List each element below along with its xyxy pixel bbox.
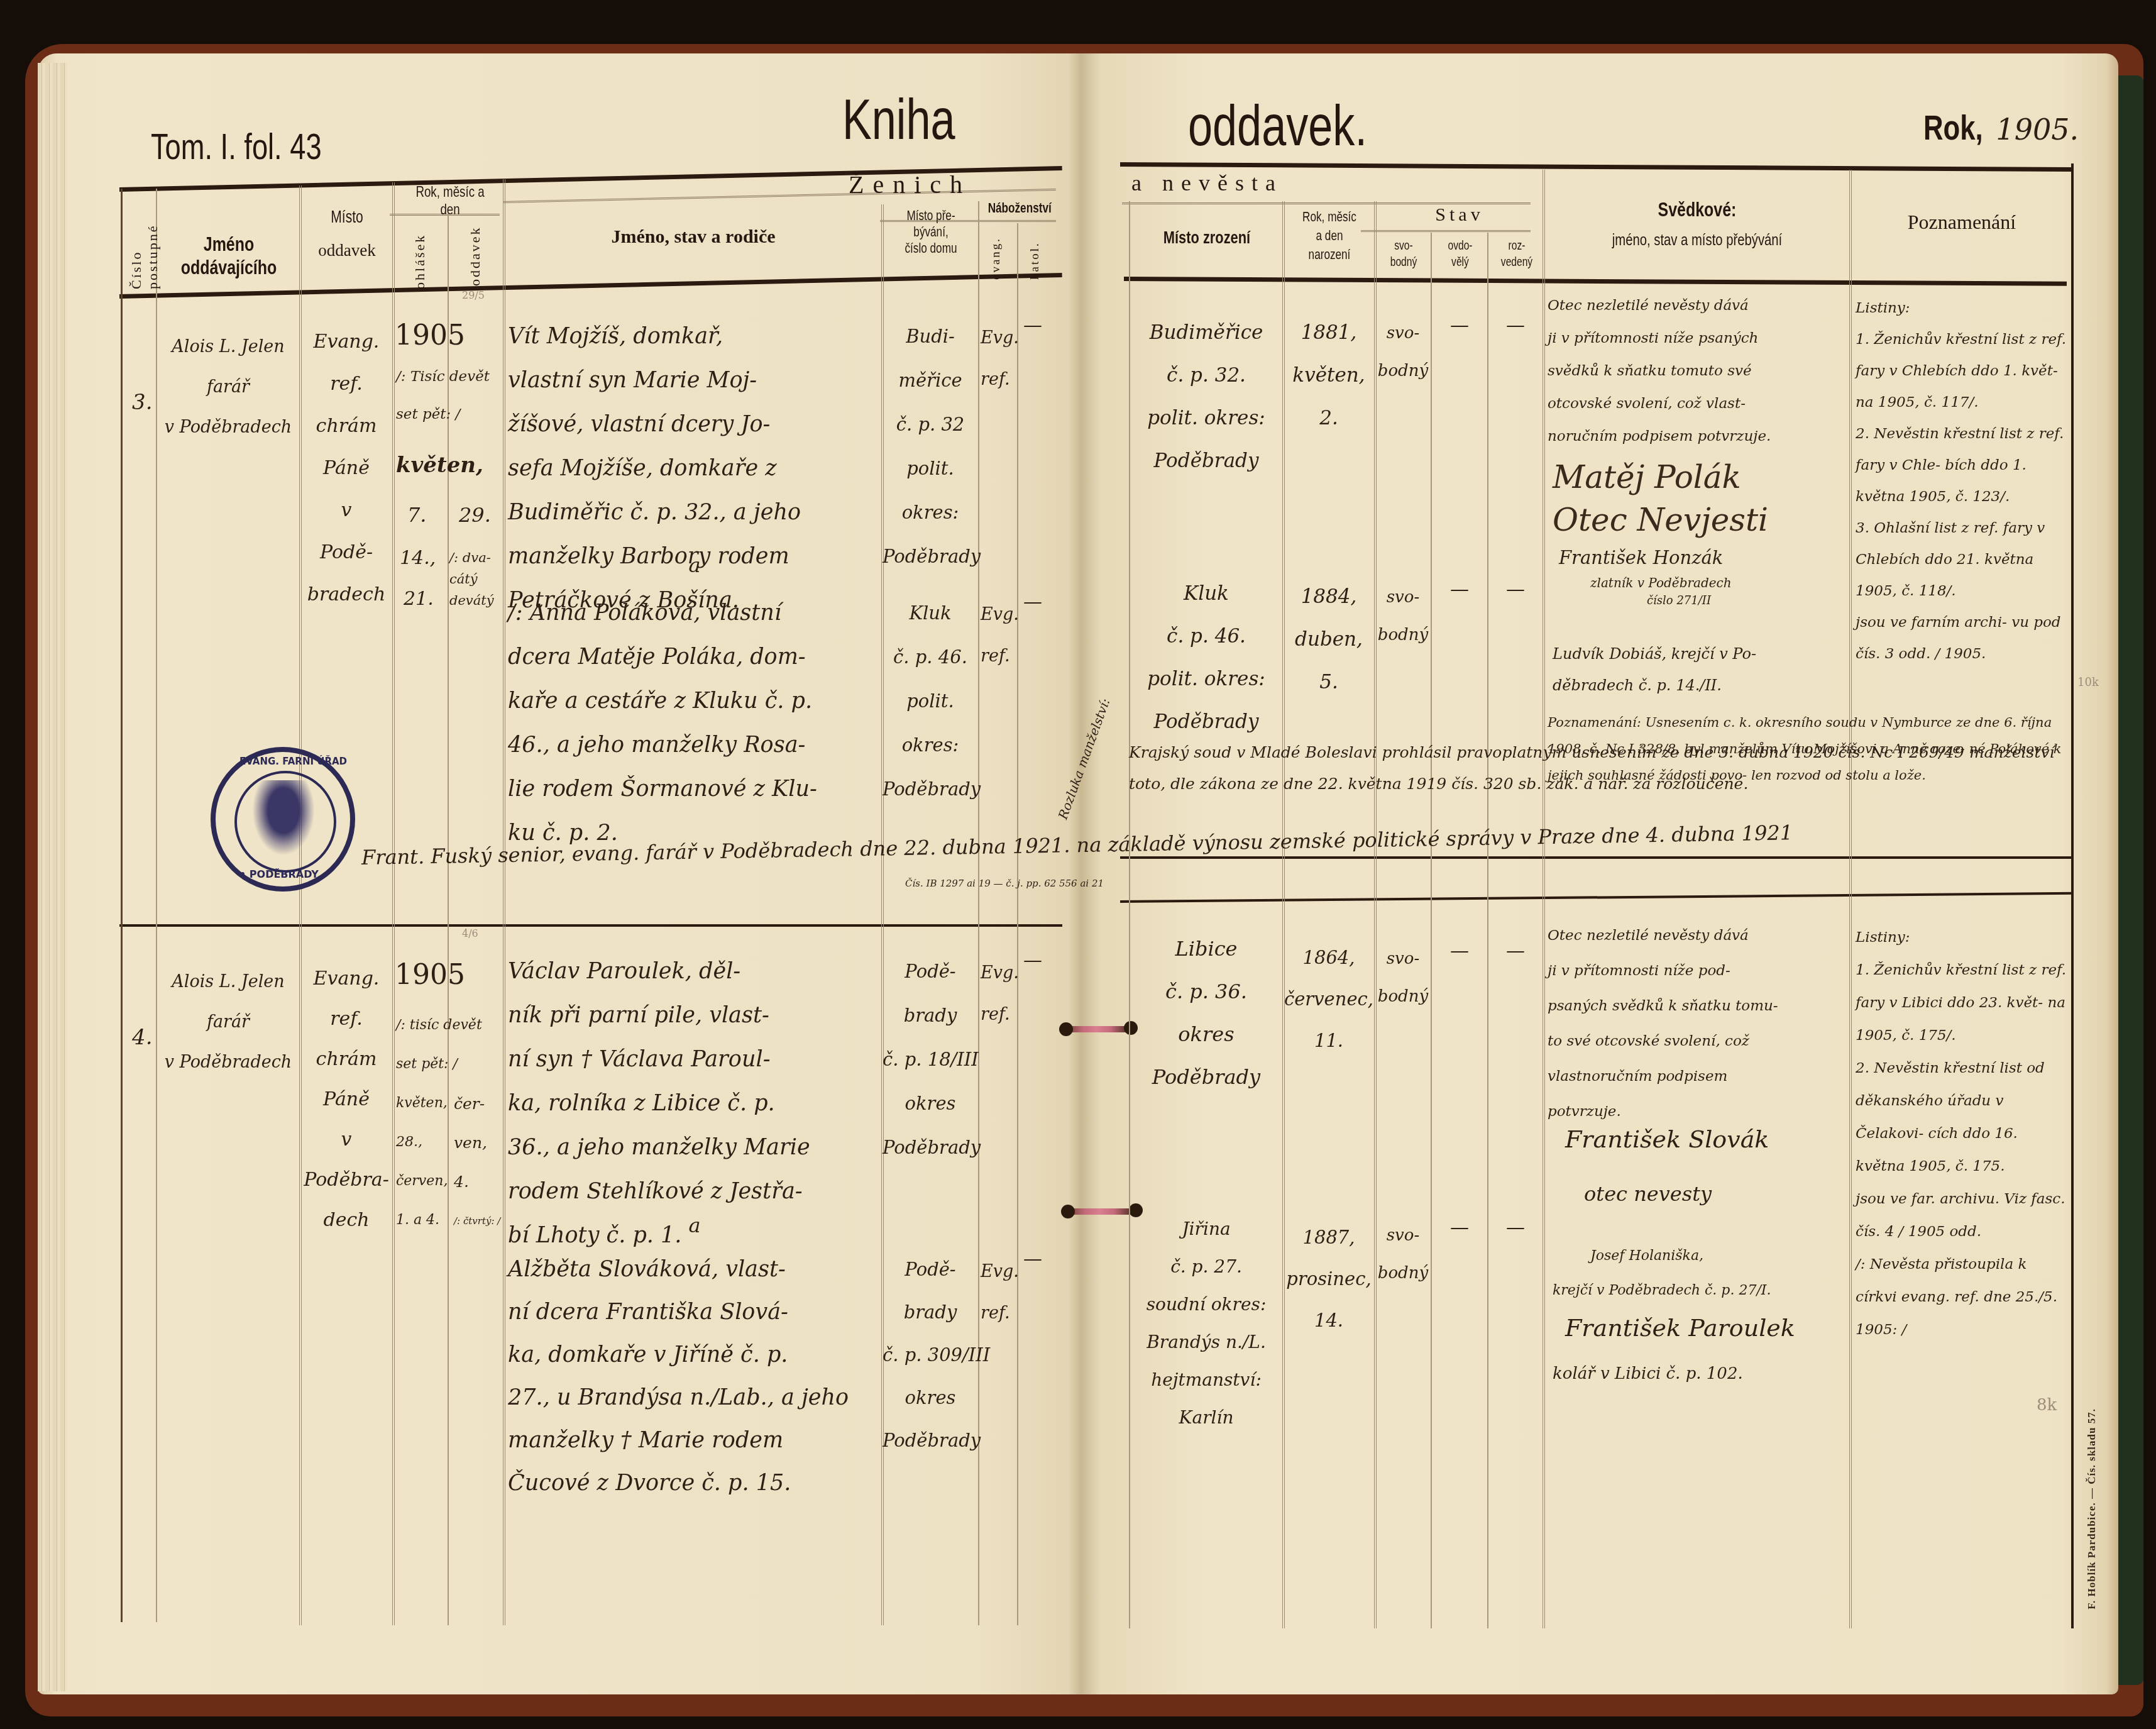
- entry-4-witness-1-role: otec nevesty: [1584, 1182, 1712, 1206]
- entry-4-groom-birthplace: Libice č. p. 36. okres Poděbrady: [1130, 927, 1282, 1098]
- header-svobodny-line1: svo-: [1382, 238, 1424, 254]
- birthplace-line: okres: [1130, 1013, 1282, 1056]
- officiant-name: Alois L. Jelen: [157, 962, 299, 1002]
- remarks-archive: jsou ve farním archi- vu pod čís. 3 odd.…: [1856, 607, 2069, 670]
- remarks-item: 1. Ženichův křestní list z ref. fary v C…: [1856, 324, 2069, 418]
- page-edges: [38, 63, 67, 1691]
- residence-line: Poděbrady: [883, 767, 978, 811]
- entry-4-witness-2-role: krejčí v Poděbradech č. p. 27/I.: [1553, 1283, 1771, 1298]
- groom-line: rodem Stehlíkové z Jestřa-: [508, 1169, 810, 1213]
- bride-line: ka, domkaře v Jiříně č. p.: [508, 1334, 849, 1376]
- header-evang: evang.: [989, 229, 1003, 280]
- entry-4-groom-widowed: —: [1432, 940, 1487, 962]
- religion-line: ref.: [981, 359, 1019, 400]
- residence-line: měřice: [883, 358, 978, 402]
- remarks-item: 3. Ohlašní list z ref. fary v Chlebích d…: [1856, 512, 2069, 607]
- col-line: [1374, 201, 1377, 1628]
- birth-line: květen,: [1284, 354, 1374, 397]
- entry-separator-left: [119, 924, 1062, 927]
- col-line: [1431, 233, 1432, 1628]
- place-line: v: [300, 489, 392, 531]
- religion-line: ref.: [981, 636, 1019, 677]
- entry-3-bride-text: /: Anna Poláková, vlastní dcera Matěje P…: [508, 591, 817, 855]
- header-datum-narozeni: Rok, měsíc a den narození: [1295, 207, 1365, 264]
- col-line-outer: [2071, 163, 2074, 1628]
- entry-3-bride-widowed: —: [1432, 578, 1487, 600]
- consent-line: ji v přítomnosti níže pod-: [1548, 953, 1778, 988]
- entry-3-consent: Otec nezletilé nevěsty dává ji v přítomn…: [1548, 289, 1771, 453]
- place-line: Podě-: [300, 531, 392, 573]
- entry-3-witness-2-address: číslo 271/II: [1647, 594, 1711, 607]
- header-svobodny: svo- bodný: [1382, 238, 1424, 270]
- signature-name: Ludvík Dobiáš, krejčí v Po-: [1553, 638, 1756, 670]
- header-jmeno-stav-rodice: Jméno, stav a rodiče: [505, 226, 881, 248]
- header-ohlasek: ohlášek: [412, 233, 428, 289]
- header-misto-prebyvani: Místo pře- bývání, číslo domu: [894, 207, 968, 257]
- religion-line: Evg.: [981, 1251, 1019, 1293]
- birth-line: červenec,: [1284, 978, 1374, 1020]
- header-rozvedeny-line1: roz-: [1495, 238, 1537, 254]
- bride-line: Alžběta Slováková, vlast-: [508, 1248, 849, 1291]
- marriage-word: /: dva-: [449, 547, 494, 568]
- col-line: [1017, 223, 1018, 1625]
- header-svedkove-title: Svědkové:: [1578, 198, 1816, 221]
- entry-3-marriage-pencil: 29/5: [462, 289, 485, 301]
- zenich-label: Ženich: [849, 170, 971, 199]
- groom-line: Václav Paroulek, děl-: [508, 949, 810, 993]
- entry-3-witness-signature-father: Matěj Polák Otec Nevjesti: [1553, 456, 1768, 541]
- birthplace-line: Budiměřice: [1130, 311, 1282, 354]
- single-line: bodný: [1375, 616, 1431, 654]
- header-svobodny-line2: bodný: [1382, 254, 1424, 270]
- header-katol: katol.: [1028, 229, 1042, 280]
- entry-4-witness-3-role: kolář v Libici č. p. 102.: [1553, 1364, 1743, 1383]
- header-narozeni-line1: Rok, měsíc: [1295, 207, 1365, 226]
- place-line: ref.: [300, 363, 392, 405]
- religion-line: ref.: [981, 994, 1019, 1036]
- groom-line: ní syn † Václava Paroul-: [508, 1037, 810, 1081]
- folio-label: Tom. I. fol. 43: [151, 126, 322, 168]
- officiant-location: v Poděbradech: [157, 1042, 299, 1083]
- entry-4-place: Evang. ref. chrám Páně v Poděbra- dech: [300, 959, 392, 1240]
- place-line: chrám: [300, 1039, 392, 1080]
- header-stav: Stav: [1377, 204, 1543, 226]
- place-line: Páně: [300, 1080, 392, 1120]
- header-jmeno-oddavajiciho: Jméno oddávajícího: [174, 233, 284, 279]
- entry-4-bride-single: svo- bodný: [1375, 1217, 1431, 1292]
- entry-4-bride-katol: —: [1023, 1248, 1042, 1270]
- col-line: [978, 201, 979, 1625]
- entry-3-groom-divorced: —: [1488, 314, 1543, 336]
- col-line: [1849, 170, 1852, 1628]
- birthplace-line: č. p. 27.: [1130, 1248, 1282, 1286]
- entry-4-witness-3-name: František Paroulek: [1565, 1314, 1795, 1342]
- consent-line: psaných svědků k sňatku tomu-: [1548, 988, 1778, 1024]
- residence-line: Poděbrady: [883, 534, 978, 578]
- birthplace-line: Karlín: [1130, 1399, 1282, 1437]
- title-kniha: Kniha: [842, 88, 955, 153]
- year-value: 1905.: [1996, 113, 2079, 146]
- religion-line: Evg.: [981, 594, 1019, 636]
- entry-4-groom-divorced: —: [1488, 940, 1543, 962]
- entry-4-officiant: Alois L. Jelen farář v Poděbradech: [157, 962, 299, 1083]
- birth-line: 11.: [1284, 1020, 1374, 1061]
- header-poznamenani: Poznamenání: [1852, 211, 2072, 234]
- groom-line: Vít Mojžíš, domkař,: [508, 314, 801, 358]
- entry-4-groom-katol: —: [1023, 949, 1042, 971]
- header-nabozenstvi: Náboženství: [988, 200, 1049, 216]
- entry-3-banns-3: 21.: [404, 588, 434, 610]
- birthplace-line: polit. okres:: [1130, 658, 1282, 700]
- birth-line: prosinec,: [1284, 1258, 1374, 1300]
- col-line: [1543, 170, 1545, 1628]
- year-label: Rok,: [1923, 107, 1983, 148]
- entry-3-bride-birth: 1884, duben, 5.: [1284, 575, 1374, 704]
- single-line: svo-: [1375, 1217, 1431, 1254]
- header-misto-label: Místo: [312, 207, 382, 227]
- bride-line: 46., a jeho manželky Rosa-: [508, 723, 817, 767]
- entry-4-witness-2-name: Josef Holaniška,: [1590, 1248, 1703, 1264]
- stamp-top-text: EVANG. FARNÍ ÚŘAD: [239, 756, 347, 767]
- consent-line: to své otcovské svolení, což: [1548, 1024, 1778, 1059]
- stamp-emblem-icon: [252, 780, 315, 856]
- entry-3-groom-religion: Evg. ref.: [981, 318, 1019, 400]
- entry-3-year: 1905: [395, 319, 508, 351]
- bride-line: dcera Matěje Poláka, dom-: [508, 635, 817, 679]
- place-line: ref.: [300, 999, 392, 1039]
- birthplace-line: Kluk: [1130, 572, 1282, 615]
- entry-3-bride-religion: Evg. ref.: [981, 594, 1019, 677]
- birth-line: 14.: [1284, 1300, 1374, 1341]
- header-misto-oddavek: Místo oddavek: [302, 207, 392, 260]
- birthplace-line: hejtmanství:: [1130, 1361, 1282, 1399]
- entry-4-bride-birthplace: Jiřina č. p. 27. soudní okres: Brandýs n…: [1130, 1210, 1282, 1437]
- residence-line: polit.: [883, 446, 978, 490]
- place-line: v: [300, 1120, 392, 1160]
- residence-line: brady: [883, 1291, 978, 1334]
- entry-3-groom-widowed: —: [1432, 314, 1487, 336]
- col-line: [448, 214, 449, 1625]
- entry-4-groom-single: svo- bodný: [1375, 940, 1431, 1015]
- place-line: Páně: [300, 447, 392, 489]
- entry-4-groom-text: Václav Paroulek, děl- ník při parní pile…: [508, 949, 810, 1257]
- groom-line: ník při parní pile, vlast-: [508, 993, 810, 1037]
- entry-3-bride-residence: Kluk č. p. 46. polit. okres: Poděbrady: [883, 591, 978, 811]
- marriage-line: čer-: [454, 1085, 500, 1124]
- entry-4-bride-birth: 1887, prosinec, 14.: [1284, 1217, 1374, 1341]
- entry-3-bride-katol: —: [1023, 591, 1042, 613]
- entry-3-witness-2-name: František Honzák: [1559, 547, 1723, 568]
- single-line: svo-: [1375, 314, 1431, 352]
- residence-line: okres: [883, 1081, 978, 1125]
- bride-line: manželky † Marie rodem: [508, 1419, 849, 1462]
- birth-line: duben,: [1284, 618, 1374, 661]
- marriage-line: /: čtvrtý: /: [454, 1201, 500, 1240]
- signature-role: děbradech č. p. 14./II.: [1553, 670, 1756, 701]
- residence-line: brady: [883, 993, 978, 1037]
- entry-4-consent: Otec nezletilé nevěsty dává ji v přítomn…: [1548, 918, 1778, 1129]
- officiant-title: farář: [157, 1002, 299, 1042]
- entry-3-number: 3.: [132, 390, 152, 415]
- birthplace-line: soudní okres:: [1130, 1286, 1282, 1323]
- consent-line: Otec nezletilé nevěsty dává: [1548, 918, 1778, 953]
- birthplace-line: č. p. 32.: [1130, 354, 1282, 397]
- birthplace-line: č. p. 46.: [1130, 615, 1282, 658]
- entry-3-bride-birthplace: Kluk č. p. 46. polit. okres: Poděbrady: [1130, 572, 1282, 743]
- residence-line: č. p. 46.: [883, 635, 978, 679]
- consent-line: otcovské svolení, což vlast-: [1548, 387, 1771, 420]
- single-line: svo-: [1375, 940, 1431, 978]
- entry-3-bride-divorced: —: [1488, 578, 1543, 600]
- marriage-line: ven,: [454, 1124, 500, 1163]
- entry-4-year: 1905: [395, 959, 465, 991]
- remarks-conversion: /: Nevěsta přistoupila k církvi evang. r…: [1856, 1248, 2069, 1346]
- place-line: chrám: [300, 405, 392, 447]
- stamp-bottom-text: • PODĚBRADY •: [239, 868, 329, 880]
- entry-3-conjunction: a: [508, 553, 881, 577]
- entry-4-remarks: Listiny: 1. Ženichův křestní list z ref.…: [1856, 921, 2069, 1346]
- residence-line: Podě-: [883, 949, 978, 993]
- header-misto-zrozeni: Místo zrození: [1148, 228, 1265, 248]
- entry-3-divorce-note: Krajský soud v Mladé Boleslavi prohlásil…: [1129, 737, 2072, 800]
- entry-3-place: Evang. ref. chrám Páně v Podě- bradech: [300, 321, 392, 616]
- birth-line: 1887,: [1284, 1217, 1374, 1258]
- remarks-title: Listiny:: [1856, 921, 2069, 954]
- entry-3-banns-1: 7.: [407, 503, 427, 527]
- marriage-word: cátý: [449, 568, 494, 590]
- groom-line: ka, rolníka z Libice č. p.: [508, 1081, 810, 1125]
- entry-4-conjunction: a: [508, 1213, 881, 1237]
- parish-office-stamp: EVANG. FARNÍ ÚŘAD • PODĚBRADY •: [211, 747, 355, 892]
- banns-line: /: tisíc devět: [396, 1006, 482, 1045]
- entry-3-groom-single: svo- bodný: [1375, 314, 1431, 390]
- entry-4-groom-religion: Evg. ref.: [981, 953, 1019, 1036]
- col-line: [503, 179, 505, 1625]
- residence-line: okres:: [883, 723, 978, 767]
- religion-line: Evg.: [981, 953, 1019, 994]
- entry-4-bride-widowed: —: [1432, 1217, 1487, 1239]
- entry-4-groom-birth: 1864, červenec, 11.: [1284, 937, 1374, 1061]
- bride-line: 27., u Brandýsa n./Lab., a jeho: [508, 1376, 849, 1419]
- entry-3-ref-number: Čís. IB 1297 ai 19 — č. j. pp. 62 556 ai…: [905, 878, 1104, 889]
- signature-name: Matěj Polák: [1553, 456, 1768, 499]
- birth-line: 5.: [1284, 661, 1374, 704]
- entry-4-witness-1-name: František Slovák: [1565, 1125, 1769, 1153]
- officiant-name: Alois L. Jelen: [157, 327, 299, 367]
- header-narozeni-line3: narození: [1295, 245, 1365, 264]
- consent-line: svědků k sňatku tomuto své: [1548, 355, 1771, 387]
- bride-line: kaře a cestáře z Kluku č. p.: [508, 679, 817, 723]
- place-line: Evang.: [300, 321, 392, 363]
- entry-3-officiant: Alois L. Jelen farář v Poděbradech: [157, 327, 299, 448]
- header-oddavek-date: oddavek: [467, 223, 483, 286]
- birth-line: 1884,: [1284, 575, 1374, 618]
- header-cislo-postupne: Číslo postupné: [128, 201, 161, 289]
- header-ovdovely-line2: vělý: [1439, 254, 1481, 270]
- entry-3-month: květen,: [396, 453, 483, 478]
- officiant-location: v Poděbradech: [157, 407, 299, 448]
- stitch-hole: [1059, 1022, 1073, 1036]
- residence-line: okres:: [883, 490, 978, 534]
- residence-line: č. p. 32: [883, 402, 978, 446]
- entry-3-marriage-day: 29.: [459, 503, 491, 527]
- birthplace-line: Jiřina: [1130, 1210, 1282, 1248]
- printer-imprint: F. Hoblík Pardubice. — Čís. skladu 57.: [2086, 1408, 2098, 1610]
- birth-line: 1864,: [1284, 937, 1374, 978]
- residence-line: Kluk: [883, 591, 978, 635]
- bride-line: /: Anna Poláková, vlastní: [508, 591, 817, 635]
- header-rozvedeny-line2: vedený: [1495, 254, 1537, 270]
- entry-3-groom-katol: —: [1023, 314, 1042, 336]
- entry-4-marriage: čer- ven, 4. /: čtvrtý: /: [454, 1085, 500, 1240]
- remarks-item: 2. Nevěstin křestní list z ref. fary v C…: [1856, 418, 2069, 512]
- consent-line: noručním podpisem potvrzuje.: [1548, 420, 1771, 453]
- entry-4-bride-religion: Evg. ref.: [981, 1251, 1019, 1334]
- residence-line: č. p. 18/III: [883, 1037, 978, 1081]
- place-line: Poděbra-: [300, 1160, 392, 1200]
- birthplace-line: Poděbrady: [1130, 1056, 1282, 1098]
- place-line: bradech: [300, 573, 392, 616]
- col-line: [392, 182, 395, 1625]
- bride-line: Čucové z Dvorce č. p. 15.: [508, 1462, 849, 1505]
- col-line: [1487, 233, 1488, 1628]
- birthplace-line: Poděbrady: [1130, 439, 1282, 482]
- residence-line: polit.: [883, 679, 978, 723]
- title-oddavek: oddavek.: [1188, 94, 1367, 159]
- birth-line: 1881,: [1284, 311, 1374, 354]
- consent-line: ji v přítomnosti níže psaných: [1548, 322, 1771, 355]
- bride-line: ní dcera Františka Slová-: [508, 1291, 849, 1334]
- entry-3-witness-3: Ludvík Dobiáš, krejčí v Po- děbradech č.…: [1553, 638, 1756, 701]
- header-group-nevesta: a nevěsta: [1131, 170, 1283, 196]
- entry-3-right-rule: [1120, 856, 2072, 859]
- col-line: [121, 189, 123, 1622]
- officiant-title: farář: [157, 367, 299, 407]
- header-svedkove-sub: jméno, stav a místo přebývání: [1578, 230, 1816, 250]
- stitch-hole: [1061, 1205, 1075, 1218]
- remarks-title: Listiny:: [1856, 292, 2069, 324]
- entry-3-groom-residence: Budi- měřice č. p. 32 polit. okres: Podě…: [883, 314, 978, 578]
- groom-line: 36., a jeho manželky Marie: [508, 1125, 810, 1169]
- header-prebyvani-line3: číslo domu: [894, 240, 968, 257]
- single-line: bodný: [1375, 1254, 1431, 1292]
- remarks-archive: jsou ve far. archivu. Viz fasc. čís. 4 /…: [1856, 1183, 2069, 1248]
- header-narozeni-line2: a den: [1295, 226, 1365, 245]
- birthplace-line: Brandýs n./L.: [1130, 1323, 1282, 1361]
- banns-line: set pět: /: [396, 1045, 482, 1084]
- remarks-item: 2. Nevěstin křestní list od děkanského ú…: [1856, 1052, 2069, 1183]
- entry-3-groom-birth: 1881, květen, 2.: [1284, 311, 1374, 439]
- groom-line: sefa Mojžíše, domkaře z: [508, 446, 801, 490]
- consent-line: vlastnoručním podpisem: [1548, 1059, 1778, 1094]
- consent-line: potvrzuje.: [1548, 1094, 1778, 1129]
- place-line: dech: [300, 1200, 392, 1240]
- year-heading: Rok, 1905.: [1923, 107, 2079, 148]
- residence-line: okres: [883, 1376, 978, 1419]
- entry-4-bride-divorced: —: [1488, 1217, 1543, 1239]
- entry-4-number: 4.: [132, 1025, 152, 1050]
- entry-3-year-words-1: /: Tisíc devět: [396, 368, 490, 385]
- stav-subrule: [1361, 230, 1531, 232]
- religion-line: Evg.: [981, 318, 1019, 359]
- groom-line: vlastní syn Marie Moj-: [508, 358, 801, 402]
- residence-line: Podě-: [883, 1248, 978, 1291]
- entry-4-marriage-pencil: 4/6: [462, 927, 478, 939]
- entry-3-groom-birthplace: Budiměřice č. p. 32. polit. okres: Poděb…: [1130, 311, 1282, 482]
- birthplace-line: Libice: [1130, 927, 1282, 970]
- signature-role: Otec Nevjesti: [1553, 499, 1768, 541]
- header-ovdovely: ovdo- vělý: [1439, 238, 1481, 270]
- entry-4-bride-text: Alžběta Slováková, vlast- ní dcera Frant…: [508, 1248, 849, 1505]
- entry-3-remarks: Listiny: 1. Ženichův křestní list z ref.…: [1856, 292, 2069, 670]
- entry-3-marriage-words: /: dva- cátý devátý: [449, 547, 494, 611]
- bride-line: lie rodem Šormanové z Klu-: [508, 767, 817, 811]
- entry-3-pencil-mark: 10k: [2077, 676, 2099, 689]
- groom-line: Budiměřic č. p. 32., a jeho: [508, 490, 801, 534]
- header-prebyvani-line1: Místo pře-: [894, 207, 968, 224]
- groom-line: žíšové, vlastní dcery Jo-: [508, 402, 801, 446]
- single-line: bodný: [1375, 978, 1431, 1015]
- marriage-word: devátý: [449, 590, 494, 611]
- entry-4-groom-residence: Podě- brady č. p. 18/III okres Poděbrady: [883, 949, 978, 1169]
- header-rok-mesic-den: Rok, měsíc a den: [407, 184, 493, 219]
- residence-line: Poděbrady: [883, 1125, 978, 1169]
- single-line: bodný: [1375, 352, 1431, 390]
- header-rozvedeny: roz- vedený: [1495, 238, 1537, 270]
- header-oddavek-label: oddavek: [302, 241, 392, 260]
- header-prebyvani-line2: bývání,: [894, 224, 968, 240]
- entry-3-banns-2: 14.,: [400, 547, 436, 569]
- religion-line: ref.: [981, 1293, 1019, 1334]
- residence-line: č. p. 309/III: [883, 1334, 978, 1376]
- birthplace-line: polit. okres:: [1130, 397, 1282, 439]
- place-line: Evang.: [300, 959, 392, 999]
- header-ovdovely-line1: ovdo-: [1439, 238, 1481, 254]
- entry-4-bride-residence: Podě- brady č. p. 309/III okres Poděbrad…: [883, 1248, 978, 1462]
- header-svedkove: Svědkové: jméno, stav a místo přebývání: [1545, 198, 1849, 250]
- residence-line: Budi-: [883, 314, 978, 358]
- entry-3-year-words-2: set pět: /: [396, 406, 460, 423]
- residence-line: Poděbrady: [883, 1419, 978, 1462]
- birthplace-line: č. p. 36.: [1130, 970, 1282, 1013]
- entry-3-bride-single: svo- bodný: [1375, 578, 1431, 654]
- entry-3-witness-2-role: zlatník v Poděbradech: [1590, 575, 1732, 590]
- single-line: svo-: [1375, 578, 1431, 616]
- entry-4-pencil-mark: 8k: [2037, 1396, 2057, 1415]
- marriage-line: 4.: [454, 1163, 500, 1201]
- birth-line: 2.: [1284, 397, 1374, 439]
- remarks-item: 1. Ženichův křestní list z ref. fary v L…: [1856, 954, 2069, 1052]
- consent-line: Otec nezletilé nevěsty dává: [1548, 289, 1771, 322]
